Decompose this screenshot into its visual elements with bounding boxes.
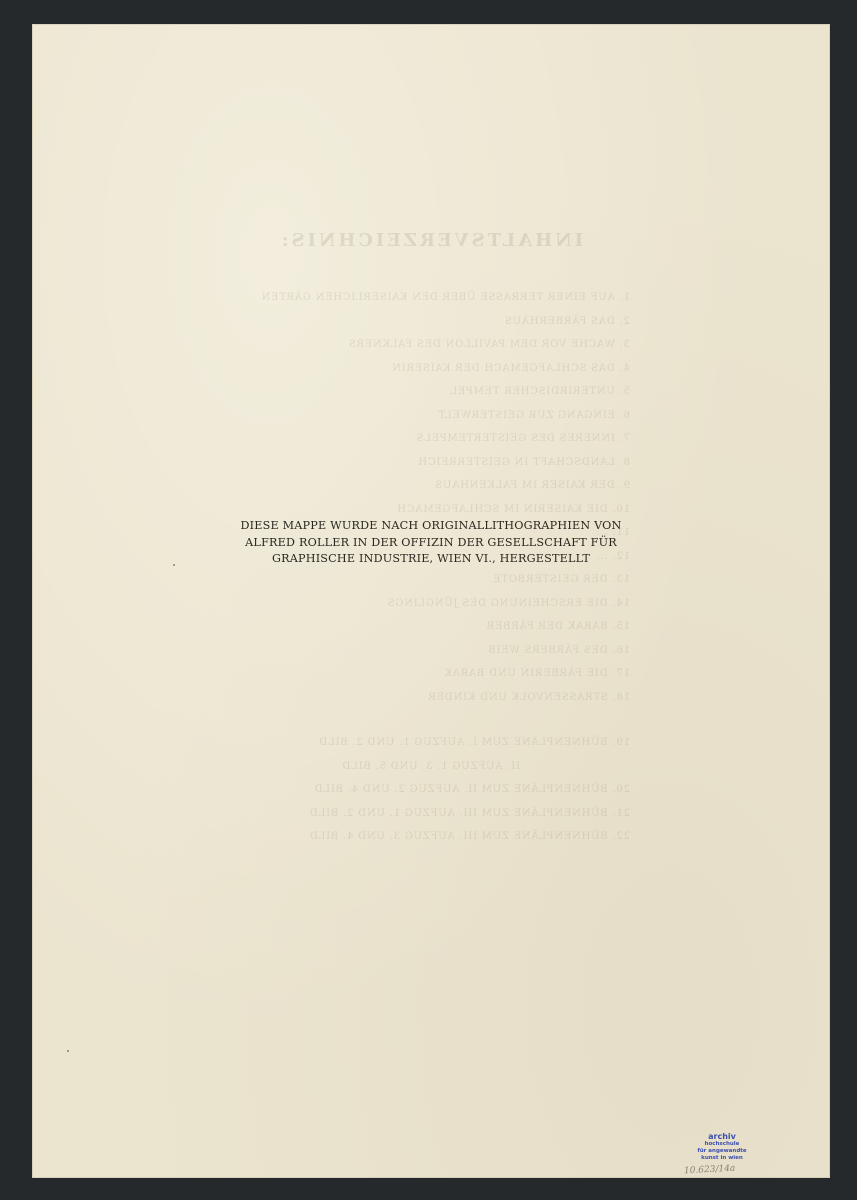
show-through-item: 9. DER KAISER IM FALKENHAUS	[261, 474, 630, 498]
imprint-line: GRAPHISCHE INDUSTRIE, WIEN VI., HERGESTE…	[32, 551, 830, 568]
show-through-item: II. AUFZUG 1. 3. UND 5. BILD	[261, 755, 630, 779]
show-through-item: 4. DAS SCHLAFGEMACH DER KAISERIN	[261, 357, 630, 381]
show-through-item: 16. DES FÄRBERS WEIB	[261, 639, 630, 663]
paper-speck	[67, 1050, 69, 1052]
show-through-item: 18. STRASSENVOLK UND KINDER	[261, 686, 630, 710]
show-through-item: 15. BARAK DER FÄRBER	[261, 615, 630, 639]
paper-sheet: INHALTSVERZEICHNIS: 1. AUF EINER TERRASS…	[32, 24, 830, 1178]
archive-stamp-line: für angewandte	[687, 1148, 757, 1155]
show-through-item: 1. AUF EINER TERRASSE ÜBER DEN KAISERLIC…	[261, 286, 630, 310]
scanned-sheet: INHALTSVERZEICHNIS: 1. AUF EINER TERRASS…	[0, 0, 857, 1200]
show-through-item: 7. INNERES DES GEISTERTEMPELS	[261, 427, 630, 451]
show-through-item: 8. LANDSCHAFT IN GEISTERREICH	[261, 451, 630, 475]
show-through-item: 14. DIE ERSCHEINUNG DES JÜNGLINGS	[261, 592, 630, 616]
show-through-item: 3. WACHE VOR DEM PAVILLON DES FALKNERS	[261, 333, 630, 357]
show-through-text: INHALTSVERZEICHNIS: 1. AUF EINER TERRASS…	[32, 24, 830, 1178]
show-through-item: 19. BÜHNENPLÄNE ZUM I. AUFZUG 1. UND 2. …	[261, 731, 630, 755]
show-through-item: 17. DIE FÄRBERIN UND BARAK	[261, 662, 630, 686]
show-through-item: 13. DER GEISTERBOTE	[261, 568, 630, 592]
show-through-item: 5. UNTERIRDISCHER TEMPEL	[261, 380, 630, 404]
imprint-line: ALFRED ROLLER IN DER OFFIZIN DER GESELLS…	[32, 535, 830, 552]
show-through-item: 6. EINGANG ZUR GEISTERWELT	[261, 404, 630, 428]
imprint-text: DIESE MAPPE WURDE NACH ORIGINALLITHOGRAP…	[32, 518, 830, 568]
paper-speck	[173, 564, 175, 566]
inventory-number: 10.623/14a	[684, 1164, 736, 1177]
archive-stamp-line: hochschule	[687, 1141, 757, 1148]
archive-stamp-title: archiv	[687, 1132, 757, 1141]
show-through-item: 21. BÜHNENPLÄNE ZUM III. AUFZUG 1. UND 2…	[261, 802, 630, 826]
show-through-item: 20. BÜHNENPLÄNE ZUM II. AUFZUG 2. UND 4.…	[261, 778, 630, 802]
imprint-line: DIESE MAPPE WURDE NACH ORIGINALLITHOGRAP…	[32, 518, 830, 535]
show-through-item: 2. DAS FÄRBERHAUS	[261, 310, 630, 334]
show-through-item: 22. BÜHNENPLÄNE ZUM III. AUFZUG 3. UND 4…	[261, 825, 630, 849]
archive-stamp-line: kunst in wien	[687, 1155, 757, 1162]
archive-stamp: archiv hochschule für angewandte kunst i…	[687, 1132, 757, 1162]
show-through-heading: INHALTSVERZEICHNIS:	[32, 230, 830, 251]
